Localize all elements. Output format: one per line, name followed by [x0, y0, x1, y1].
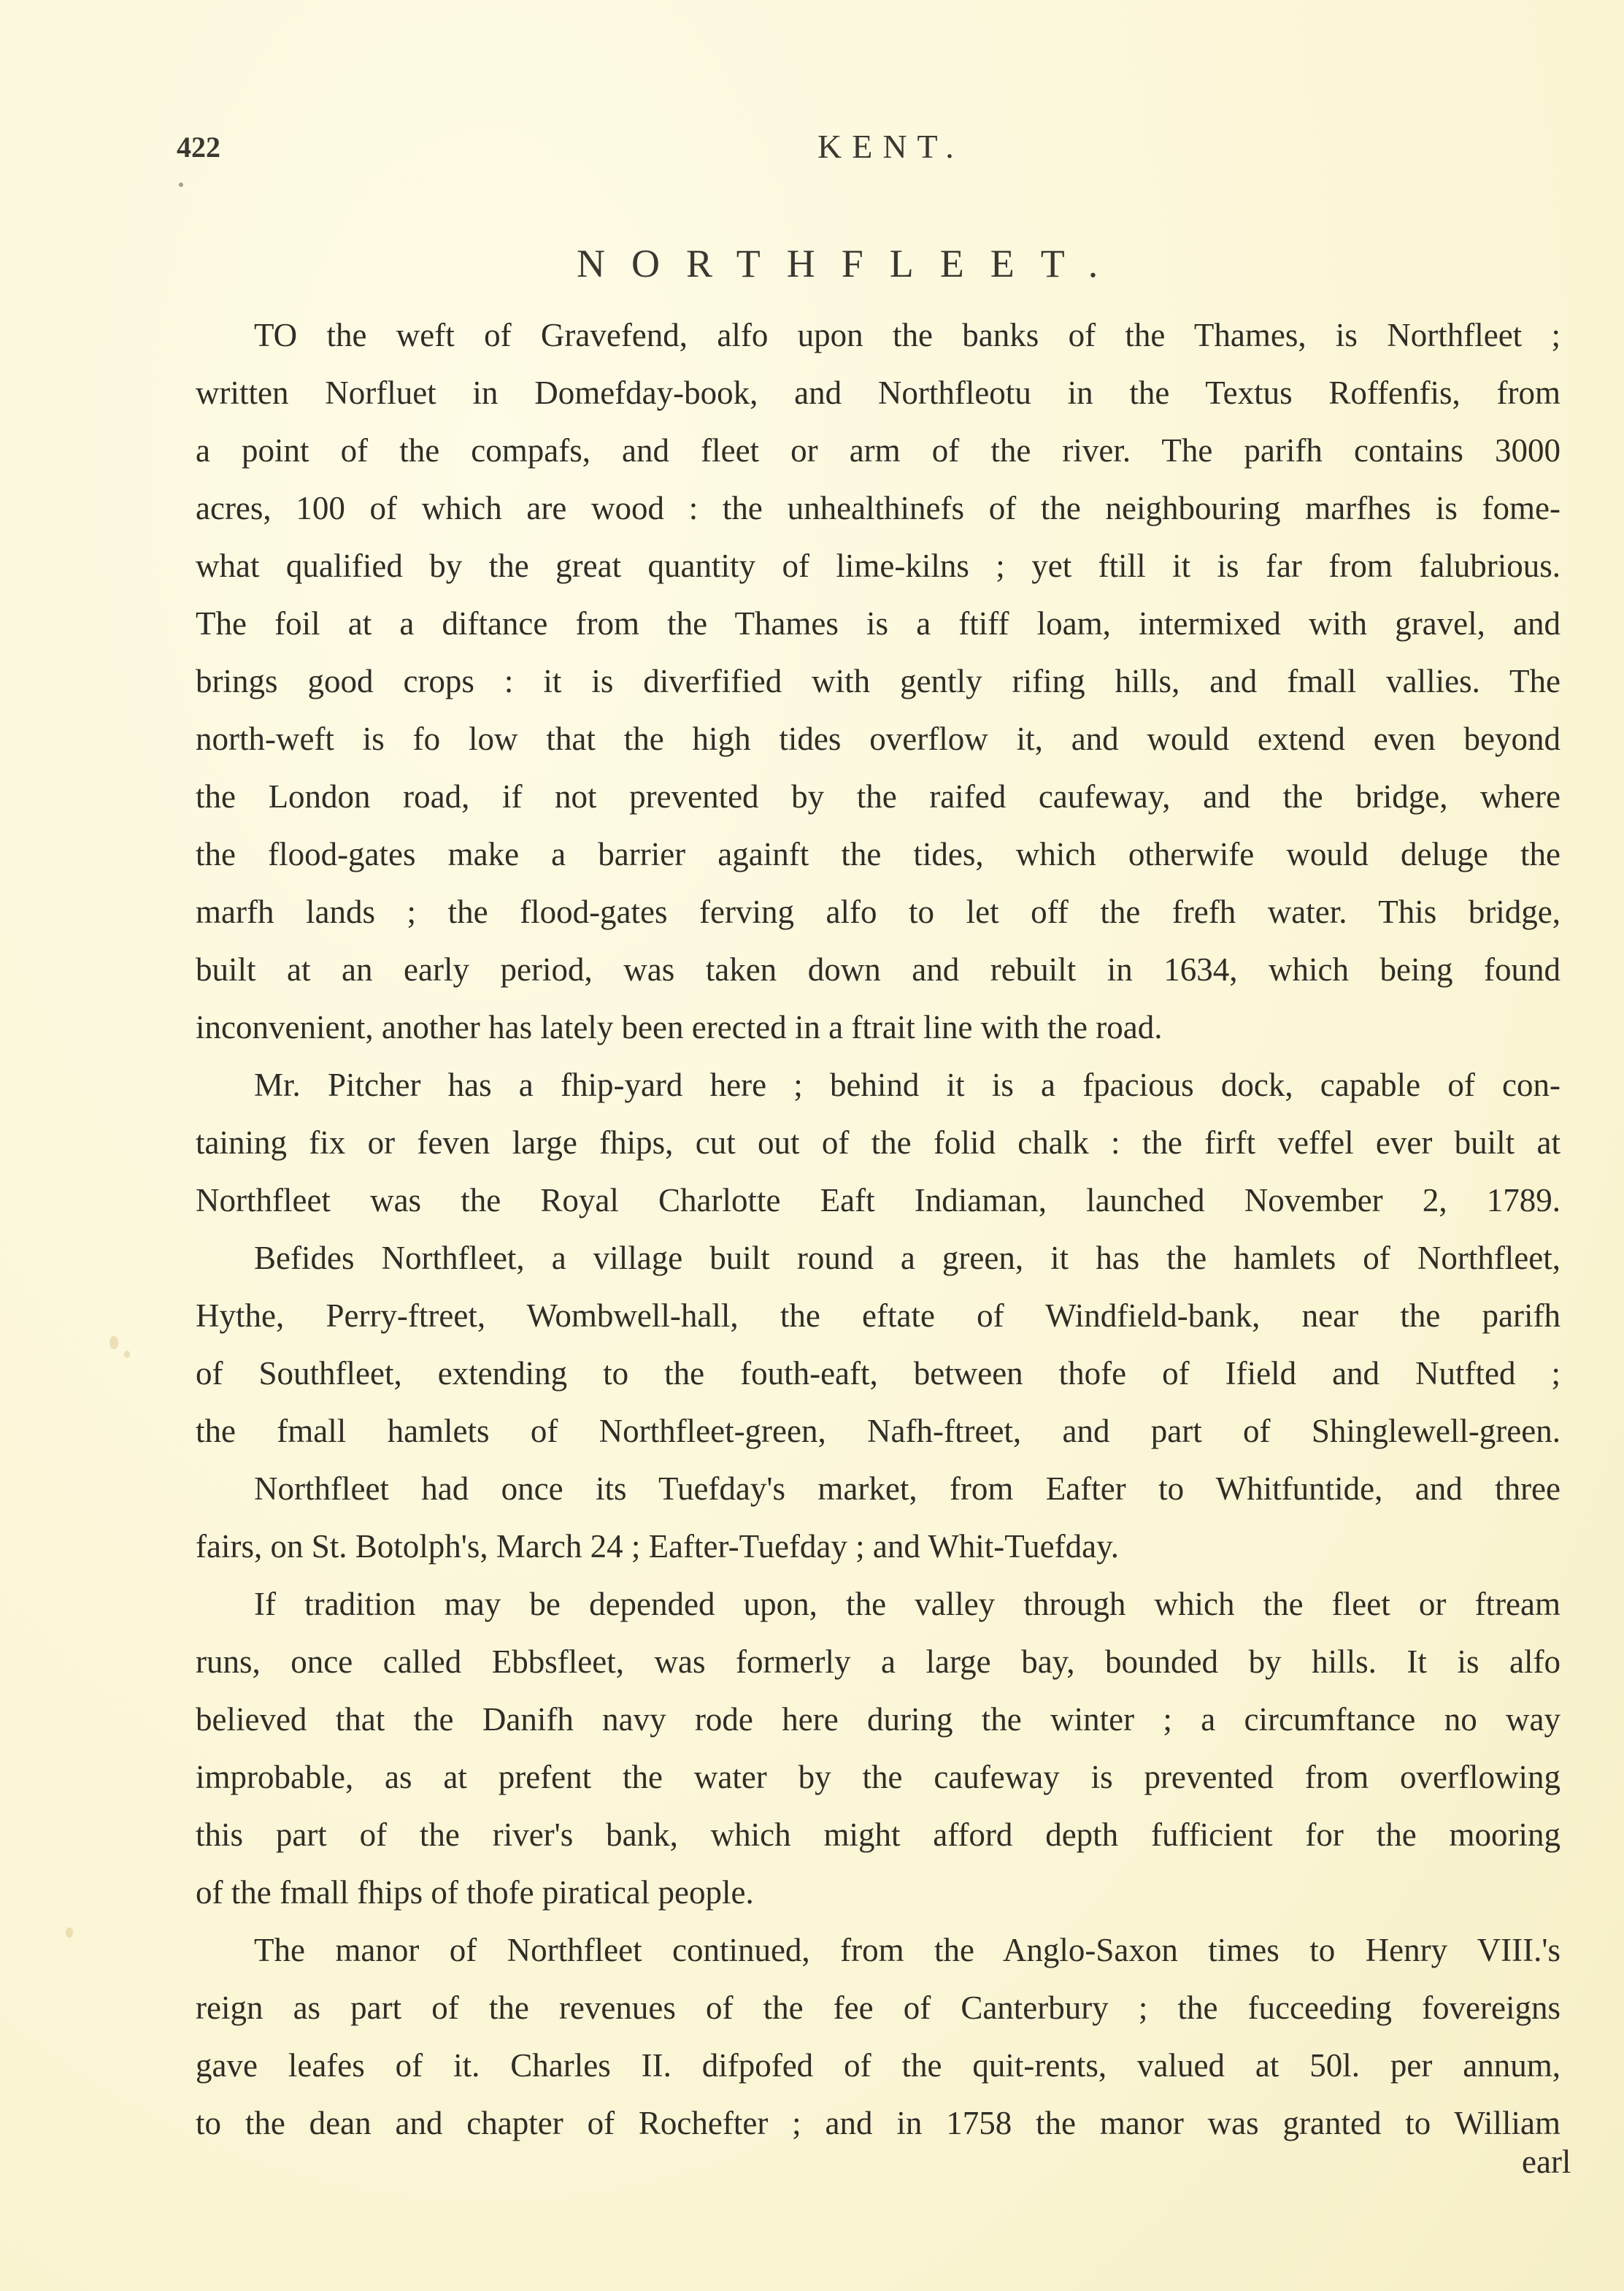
- text-line: Hythe, Perry-ftreet, Wombwell-hall, the …: [196, 1287, 1560, 1345]
- text-line: written Norfluet in Domefday-book, and N…: [196, 364, 1560, 422]
- foxing-stain: [66, 1927, 73, 1938]
- text-line: Northfleet was the Royal Charlotte Eaft …: [196, 1172, 1560, 1229]
- text-line: the fmall hamlets of Northfleet-green, N…: [196, 1402, 1560, 1460]
- text-line: north-weft is fo low that the high tides…: [196, 710, 1560, 768]
- section-title: NORTHFLEET.: [577, 241, 1124, 286]
- text-line: built at an early period, was taken down…: [196, 941, 1560, 999]
- text-line: the flood-gates make a barrier againft t…: [196, 826, 1560, 883]
- page-number: 422: [177, 130, 220, 164]
- text-line: Mr. Pitcher has a fhip-yard here ; behin…: [196, 1056, 1560, 1114]
- text-line: improbable, as at prefent the water by t…: [196, 1749, 1560, 1806]
- text-line: runs, once called Ebbsfleet, was formerl…: [196, 1633, 1560, 1691]
- text-line: what qualified by the great quantity of …: [196, 537, 1560, 595]
- text-line: marfh lands ; the flood-gates ferving al…: [196, 883, 1560, 941]
- foxing-stain: [109, 1336, 118, 1349]
- text-line: a point of the compafs, and fleet or arm…: [196, 422, 1560, 480]
- body-text: TO the weft of Gravefend, alfo upon the …: [196, 307, 1560, 2152]
- text-line: this part of the river's bank, which mig…: [196, 1806, 1560, 1864]
- text-line: Befides Northfleet, a village built roun…: [196, 1229, 1560, 1287]
- foxing-stain: [124, 1351, 130, 1358]
- text-line: The foil at a diftance from the Thames i…: [196, 595, 1560, 653]
- text-line: of the fmall fhips of thofe piratical pe…: [196, 1864, 1560, 1922]
- text-line: reign as part of the revenues of the fee…: [196, 1979, 1560, 2037]
- book-page: 422 KENT. NORTHFLEET. TO the weft of Gra…: [0, 0, 1624, 2291]
- text-line: taining fix or feven large fhips, cut ou…: [196, 1114, 1560, 1172]
- text-line: of Southfleet, extending to the fouth-ea…: [196, 1345, 1560, 1402]
- running-head: 422 KENT.: [0, 124, 1624, 168]
- text-line: Northfleet had once its Tuefday's market…: [196, 1460, 1560, 1518]
- running-title: KENT.: [817, 127, 964, 166]
- text-line: If tradition may be depended upon, the v…: [196, 1576, 1560, 1633]
- text-line: The manor of Northfleet continued, from …: [196, 1922, 1560, 1979]
- text-line: brings good crops : it is diverfified wi…: [196, 653, 1560, 710]
- catchword: earl: [1522, 2143, 1571, 2181]
- text-line: TO the weft of Gravefend, alfo upon the …: [196, 307, 1560, 364]
- text-line: believed that the Danifh navy rode here …: [196, 1691, 1560, 1749]
- text-line: acres, 100 of which are wood : the unhea…: [196, 480, 1560, 537]
- foxing-stain: [179, 183, 183, 187]
- text-line: gave leafes of it. Charles II. difpofed …: [196, 2037, 1560, 2095]
- text-line: to the dean and chapter of Rochefter ; a…: [196, 2095, 1560, 2152]
- text-line: fairs, on St. Botolph's, March 24 ; Eaft…: [196, 1518, 1560, 1576]
- text-line: inconvenient, another has lately been er…: [196, 999, 1560, 1056]
- text-line: the London road, if not prevented by the…: [196, 768, 1560, 826]
